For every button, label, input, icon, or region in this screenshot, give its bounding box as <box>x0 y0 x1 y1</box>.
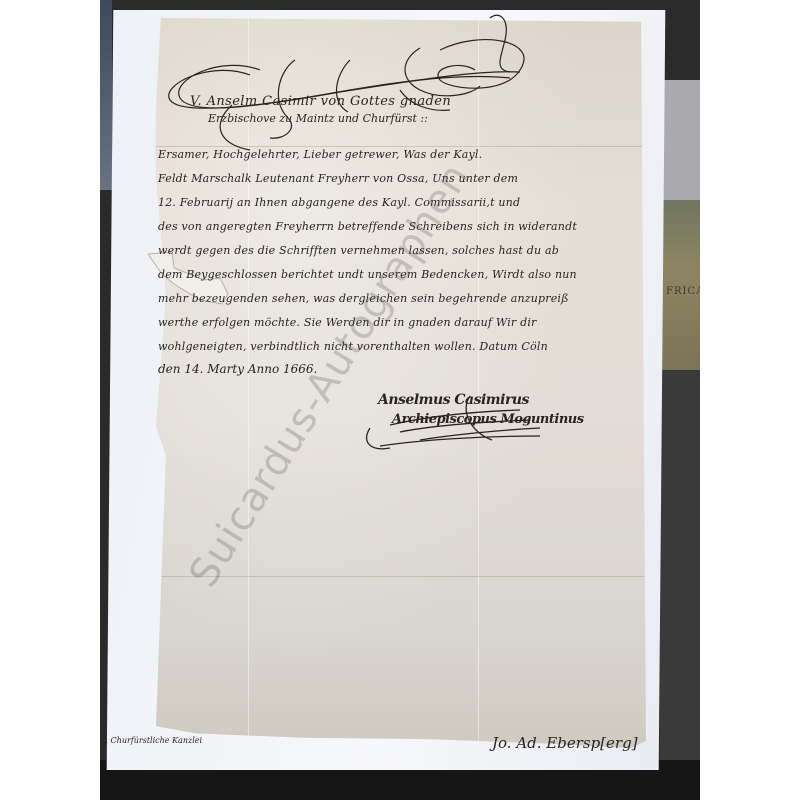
salutation-line-1: V. Anselm Casimir von Gottes gnaden <box>190 94 451 109</box>
signature-line-2: Archiepiscopus Moguntinus <box>392 412 584 427</box>
signature-line-1: Anselmus Casimirus <box>378 392 529 408</box>
countersignature: Jo. Ad. Ebersp[erg] <box>492 734 638 752</box>
margin-note: … Churfürstliche Kanzlei <box>100 736 202 745</box>
body-line: werdt gegen des die Schrifften vernehmen… <box>158 244 559 257</box>
date-line: den 14. Marty Anno 1666. <box>158 362 317 376</box>
body-line: des von angeregten Freyherrn betreffende… <box>158 220 577 233</box>
salutation-line-2: Erzbischove zu Maintz und Churfürst :: <box>208 112 428 125</box>
body-line: Ersamer, Hochgelehrter, Lieber getrewer,… <box>158 148 482 161</box>
document-photograph: FRICA V. Anse <box>100 0 700 800</box>
